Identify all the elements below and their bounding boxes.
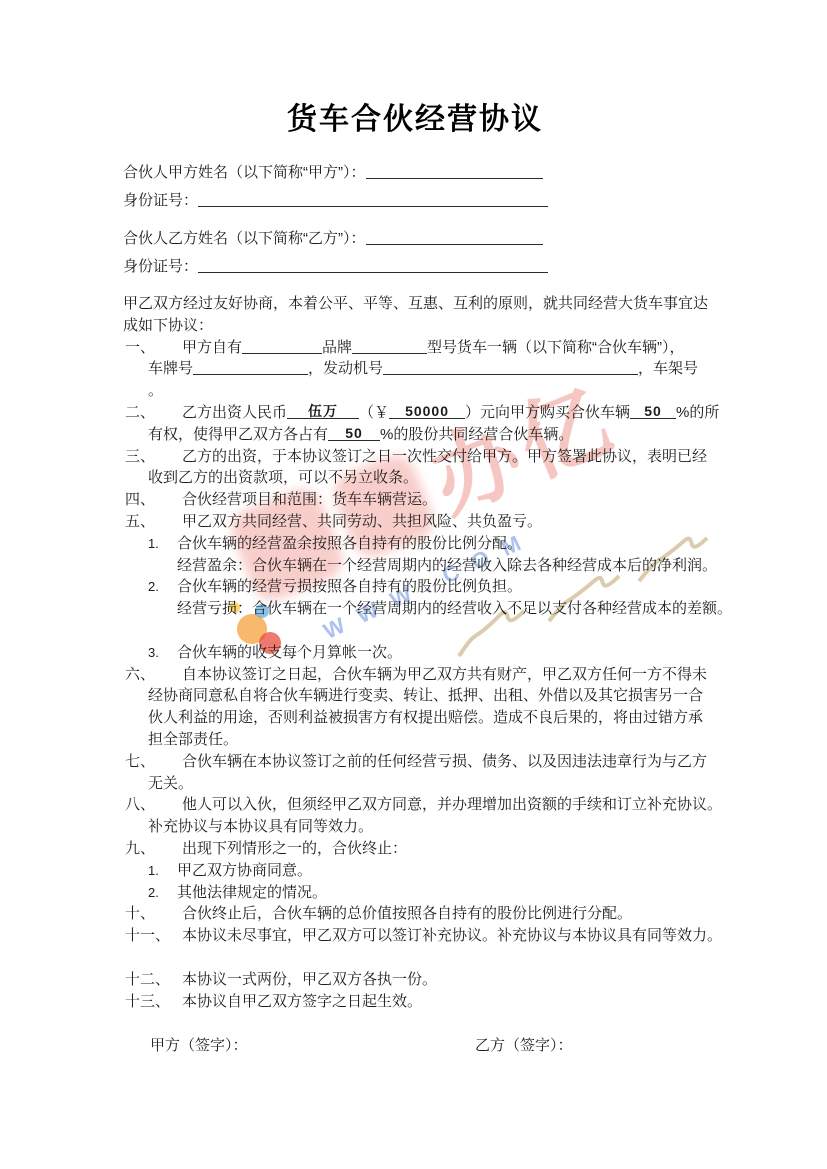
text-line: 经协商同意私自将合伙车辆进行变卖、转让、抵押、出租、外借以及其它损害另一合 bbox=[148, 685, 707, 707]
text-run: ，车架号 bbox=[638, 360, 698, 377]
text-run: 甲乙双方协商同意。 bbox=[177, 862, 312, 879]
fill-value: 伍万 bbox=[287, 403, 359, 420]
filled-blank-line: 50000 bbox=[389, 404, 465, 419]
text-run: 自本协议签订之日起，合伙车辆为甲乙双方共有财产，甲乙双方任何一方不得未 bbox=[182, 666, 707, 683]
text-line: 伙人利益的用途，否则利益被损害方有权提出赔偿。造成不良后果的，将由过错方承 bbox=[148, 707, 707, 729]
text-run: %的所 bbox=[676, 404, 719, 421]
text-line: 十一、本协议未尽事宜，甲乙双方可以签订补充协议。补充协议与本协议具有同等效力。 bbox=[125, 925, 707, 947]
fill-value: 50 bbox=[328, 425, 380, 442]
item-number: 一、 bbox=[125, 337, 182, 359]
text-line: 无关。 bbox=[148, 773, 707, 795]
text-run: 甲乙双方经过友好协商，本着公平、平等、互惠、互利的原则，就共同经营大货车事宜达 bbox=[123, 295, 708, 312]
text-run: （￥ bbox=[359, 404, 389, 421]
text-run: 合伙车辆在本协议签订之前的任何经营亏损、债务、以及因违法违章行为与乙方 bbox=[182, 753, 707, 770]
filled-blank-line: 50 bbox=[630, 404, 676, 419]
text-run: 补充协议与本协议具有同等效力。 bbox=[148, 818, 373, 835]
item-number: 八、 bbox=[125, 794, 182, 816]
blank-line bbox=[352, 339, 427, 354]
text-run: 。 bbox=[148, 382, 163, 399]
party-line: 合伙人甲方姓名（以下简称“甲方”）： bbox=[123, 159, 707, 187]
sub-list-item: 1.甲乙双方协商同意。 bbox=[123, 860, 707, 882]
text-line: 成如下协议： bbox=[123, 315, 707, 337]
blank-row bbox=[123, 620, 707, 642]
text-line: 2.合伙车辆的经营亏损按照各自持有的股份比例负担。 bbox=[148, 576, 707, 598]
list-item: 二、乙方出资人民币伍万（￥50000）元向甲方购买合伙车辆50%的所有权，使得甲… bbox=[123, 402, 707, 446]
text-run: 经营亏损：合伙车辆在一个经营周期内的经营收入不足以支付各种经营成本的差额。 bbox=[177, 600, 732, 617]
item-number: 十二、 bbox=[125, 969, 182, 991]
blank-line bbox=[366, 164, 543, 179]
text-line: 经营亏损：合伙车辆在一个经营周期内的经营收入不足以支付各种经营成本的差额。 bbox=[177, 598, 707, 620]
text-line: 四、合伙经营项目和范围：货车车辆营运。 bbox=[125, 489, 707, 511]
party-line: 身份证号： bbox=[123, 253, 707, 281]
sub-list-item: 2.合伙车辆的经营亏损按照各自持有的股份比例负担。经营亏损：合伙车辆在一个经营周… bbox=[123, 576, 707, 620]
text-run: 他人可以入伙，但须经甲乙双方同意，并办理增加出资额的手续和订立补充协议。 bbox=[182, 796, 722, 813]
item-number: 十、 bbox=[125, 903, 182, 925]
text-line: 甲乙双方经过友好协商，本着公平、平等、互惠、互利的原则，就共同经营大货车事宜达 bbox=[123, 293, 707, 315]
list-item: 九、出现下列情形之一的，合伙终止： bbox=[123, 838, 707, 860]
text-run: 合伙人乙方姓名（以下简称“乙方”）： bbox=[123, 230, 366, 247]
blank-line bbox=[198, 258, 548, 273]
list-item: 四、合伙经营项目和范围：货车车辆营运。 bbox=[123, 489, 707, 511]
party-line: 身份证号： bbox=[123, 187, 707, 215]
text-line: 十、合伙终止后，合伙车辆的总价值按照各自持有的股份比例进行分配。 bbox=[125, 903, 707, 925]
document-content: 货车合伙经营协议 合伙人甲方姓名（以下简称“甲方”）：身份证号：合伙人乙方姓名（… bbox=[123, 0, 707, 1056]
text-line: 七、合伙车辆在本协议签订之前的任何经营亏损、债务、以及因违法违章行为与乙方 bbox=[125, 751, 707, 773]
list-item: 五、甲乙双方共同经营、共同劳动、共担风险、共负盈亏。 bbox=[123, 511, 707, 533]
text-line: 。 bbox=[148, 380, 707, 402]
text-run: 无关。 bbox=[148, 775, 193, 792]
blank-row bbox=[123, 947, 707, 969]
text-run: 合伙车辆的经营亏损按照各自持有的股份比例负担。 bbox=[177, 578, 522, 595]
text-line: 担全部责任。 bbox=[148, 729, 707, 751]
text-line: 补充协议与本协议具有同等效力。 bbox=[148, 816, 707, 838]
item-number: 四、 bbox=[125, 489, 182, 511]
item-number: 1. bbox=[148, 860, 177, 882]
item-number: 六、 bbox=[125, 664, 182, 686]
text-run: 伙人利益的用途，否则利益被损害方有权提出赔偿。造成不良后果的，将由过错方承 bbox=[148, 709, 703, 726]
item-number: 二、 bbox=[125, 402, 182, 424]
text-line: 1.合伙车辆的经营盈余按照各自持有的股份比例分配。 bbox=[148, 533, 707, 555]
text-run: 甲方自有 bbox=[182, 339, 242, 356]
sub-list-item: 2.其他法律规定的情况。 bbox=[123, 882, 707, 904]
text-line: 有权，使得甲乙双方各占有50%的股份共同经营合伙车辆。 bbox=[148, 424, 707, 446]
text-line: 八、他人可以入伙，但须经甲乙双方同意，并办理增加出资额的手续和订立补充协议。 bbox=[125, 794, 707, 816]
fill-value: 50 bbox=[630, 403, 676, 420]
text-run: %的股份共同经营合伙车辆。 bbox=[380, 426, 573, 443]
list-item: 三、乙方的出资，于本协议签订之日一次性交付给甲方。甲方签署此协议，表明已经收到乙… bbox=[123, 446, 707, 490]
text-run: 成如下协议： bbox=[123, 317, 213, 334]
list-item: 十一、本协议未尽事宜，甲乙双方可以签订补充协议。补充协议与本协议具有同等效力。 bbox=[123, 925, 707, 947]
party-gap bbox=[123, 215, 707, 225]
text-run: ，发动机号 bbox=[308, 360, 383, 377]
blank-line bbox=[198, 192, 548, 207]
paragraph: 甲乙双方经过友好协商，本着公平、平等、互惠、互利的原则，就共同经营大货车事宜达成… bbox=[123, 293, 707, 337]
item-number: 3. bbox=[148, 642, 177, 664]
list-item: 十二、本协议一式两份，甲乙双方各执一份。 bbox=[123, 969, 707, 991]
text-run: 身份证号： bbox=[123, 192, 198, 209]
text-run: 本协议未尽事宜，甲乙双方可以签订补充协议。补充协议与本协议具有同等效力。 bbox=[182, 927, 722, 944]
sub-list-item: 1.合伙车辆的经营盈余按照各自持有的股份比例分配。经营盈余：合伙车辆在一个经营周… bbox=[123, 533, 707, 577]
list-item: 十三、本协议自甲乙双方签字之日起生效。 bbox=[123, 991, 707, 1013]
text-line: 收到乙方的出资款项，可以不另立收条。 bbox=[148, 467, 707, 489]
list-item: 八、他人可以入伙，但须经甲乙双方同意，并办理增加出资额的手续和订立补充协议。补充… bbox=[123, 794, 707, 838]
fill-value: 50000 bbox=[389, 403, 465, 420]
sub-list-item: 3.合伙车辆的收支每个月算帐一次。 bbox=[123, 642, 707, 664]
filled-blank-line: 50 bbox=[328, 426, 380, 441]
text-run: 其他法律规定的情况。 bbox=[177, 884, 327, 901]
blank-line bbox=[383, 360, 638, 375]
text-run: 型号货车一辆（以下简称“合伙车辆”）， bbox=[427, 339, 685, 356]
text-run: 担全部责任。 bbox=[148, 731, 238, 748]
text-line: 五、甲乙双方共同经营、共同劳动、共担风险、共负盈亏。 bbox=[125, 511, 707, 533]
list-item: 十、合伙终止后，合伙车辆的总价值按照各自持有的股份比例进行分配。 bbox=[123, 903, 707, 925]
item-number: 十三、 bbox=[125, 991, 182, 1013]
text-line: 六、自本协议签订之日起，合伙车辆为甲乙双方共有财产，甲乙双方任何一方不得未 bbox=[125, 664, 707, 686]
text-run: 本协议自甲乙双方签字之日起生效。 bbox=[182, 993, 422, 1010]
text-run: 经协商同意私自将合伙车辆进行变卖、转让、抵押、出租、外借以及其它损害另一合 bbox=[148, 687, 703, 704]
text-run: 本协议一式两份，甲乙双方各执一份。 bbox=[182, 971, 437, 988]
text-run: 乙方的出资，于本协议签订之日一次性交付给甲方。甲方签署此协议，表明已经 bbox=[182, 448, 707, 465]
text-run: 身份证号： bbox=[123, 258, 198, 275]
party-info-block: 合伙人甲方姓名（以下简称“甲方”）：身份证号：合伙人乙方姓名（以下简称“乙方”）… bbox=[123, 159, 707, 281]
signature-row: 甲方（签字）：乙方（签字）： bbox=[123, 1034, 707, 1056]
text-run: 经营盈余：合伙车辆在一个经营周期内的经营收入除去各种经营成本后的净利润。 bbox=[177, 557, 717, 574]
text-line: 3.合伙车辆的收支每个月算帐一次。 bbox=[148, 642, 707, 664]
item-number: 十一、 bbox=[125, 925, 182, 947]
item-number: 五、 bbox=[125, 511, 182, 533]
text-run: 车牌号 bbox=[148, 360, 193, 377]
text-run: 有权，使得甲乙双方各占有 bbox=[148, 426, 328, 443]
agreement-body: 甲乙双方经过友好协商，本着公平、平等、互惠、互利的原则，就共同经营大货车事宜达成… bbox=[123, 293, 707, 1056]
blank-line bbox=[193, 360, 308, 375]
text-line: 二、乙方出资人民币伍万（￥50000）元向甲方购买合伙车辆50%的所 bbox=[125, 402, 707, 424]
item-number: 1. bbox=[148, 533, 177, 555]
text-run: 品牌 bbox=[322, 339, 352, 356]
signature-party-a: 甲方（签字）： bbox=[150, 1034, 248, 1055]
item-number: 三、 bbox=[125, 446, 182, 468]
item-number: 2. bbox=[148, 576, 177, 598]
text-run: 合伙经营项目和范围：货车车辆营运。 bbox=[182, 491, 437, 508]
text-run: 甲乙双方共同经营、共同劳动、共担风险、共负盈亏。 bbox=[182, 513, 542, 530]
text-run: 合伙人甲方姓名（以下简称“甲方”）： bbox=[123, 164, 366, 181]
text-run: 合伙车辆的收支每个月算帐一次。 bbox=[177, 644, 402, 661]
party-line: 合伙人乙方姓名（以下简称“乙方”）： bbox=[123, 225, 707, 253]
text-line: 经营盈余：合伙车辆在一个经营周期内的经营收入除去各种经营成本后的净利润。 bbox=[177, 555, 707, 577]
item-number: 九、 bbox=[125, 838, 182, 860]
text-run: 合伙终止后，合伙车辆的总价值按照各自持有的股份比例进行分配。 bbox=[182, 905, 632, 922]
blank-line bbox=[366, 230, 543, 245]
document-title: 货车合伙经营协议 bbox=[123, 100, 707, 140]
text-line: 九、出现下列情形之一的，合伙终止： bbox=[125, 838, 707, 860]
item-number: 七、 bbox=[125, 751, 182, 773]
text-line: 十三、本协议自甲乙双方签字之日起生效。 bbox=[125, 991, 707, 1013]
list-item: 六、自本协议签订之日起，合伙车辆为甲乙双方共有财产，甲乙双方任何一方不得未经协商… bbox=[123, 664, 707, 751]
text-run: 出现下列情形之一的，合伙终止： bbox=[182, 840, 407, 857]
text-run: 收到乙方的出资款项，可以不另立收条。 bbox=[148, 469, 418, 486]
text-line: 2.其他法律规定的情况。 bbox=[148, 882, 707, 904]
document-page: 办亿 WWW.COM 货车合伙经营协议 合伙人甲方姓名（以下简称“甲方”）：身份… bbox=[0, 0, 827, 1169]
item-number: 2. bbox=[148, 882, 177, 904]
text-line: 1.甲乙双方协商同意。 bbox=[148, 860, 707, 882]
text-run: ）元向甲方购买合伙车辆 bbox=[465, 404, 630, 421]
list-item: 七、合伙车辆在本协议签订之前的任何经营亏损、债务、以及因违法违章行为与乙方无关。 bbox=[123, 751, 707, 795]
text-line: 一、甲方自有品牌型号货车一辆（以下简称“合伙车辆”）， bbox=[125, 337, 707, 359]
text-run: 合伙车辆的经营盈余按照各自持有的股份比例分配。 bbox=[177, 535, 522, 552]
text-line: 三、乙方的出资，于本协议签订之日一次性交付给甲方。甲方签署此协议，表明已经 bbox=[125, 446, 707, 468]
filled-blank-line: 伍万 bbox=[287, 404, 359, 419]
signature-party-b: 乙方（签字）： bbox=[475, 1034, 573, 1055]
blank-line bbox=[242, 339, 322, 354]
text-run: 乙方出资人民币 bbox=[182, 404, 287, 421]
text-line: 车牌号，发动机号，车架号 bbox=[148, 358, 707, 380]
text-line: 十二、本协议一式两份，甲乙双方各执一份。 bbox=[125, 969, 707, 991]
list-item: 一、甲方自有品牌型号货车一辆（以下简称“合伙车辆”），车牌号，发动机号，车架号。 bbox=[123, 337, 707, 402]
blank-row bbox=[123, 1012, 707, 1034]
